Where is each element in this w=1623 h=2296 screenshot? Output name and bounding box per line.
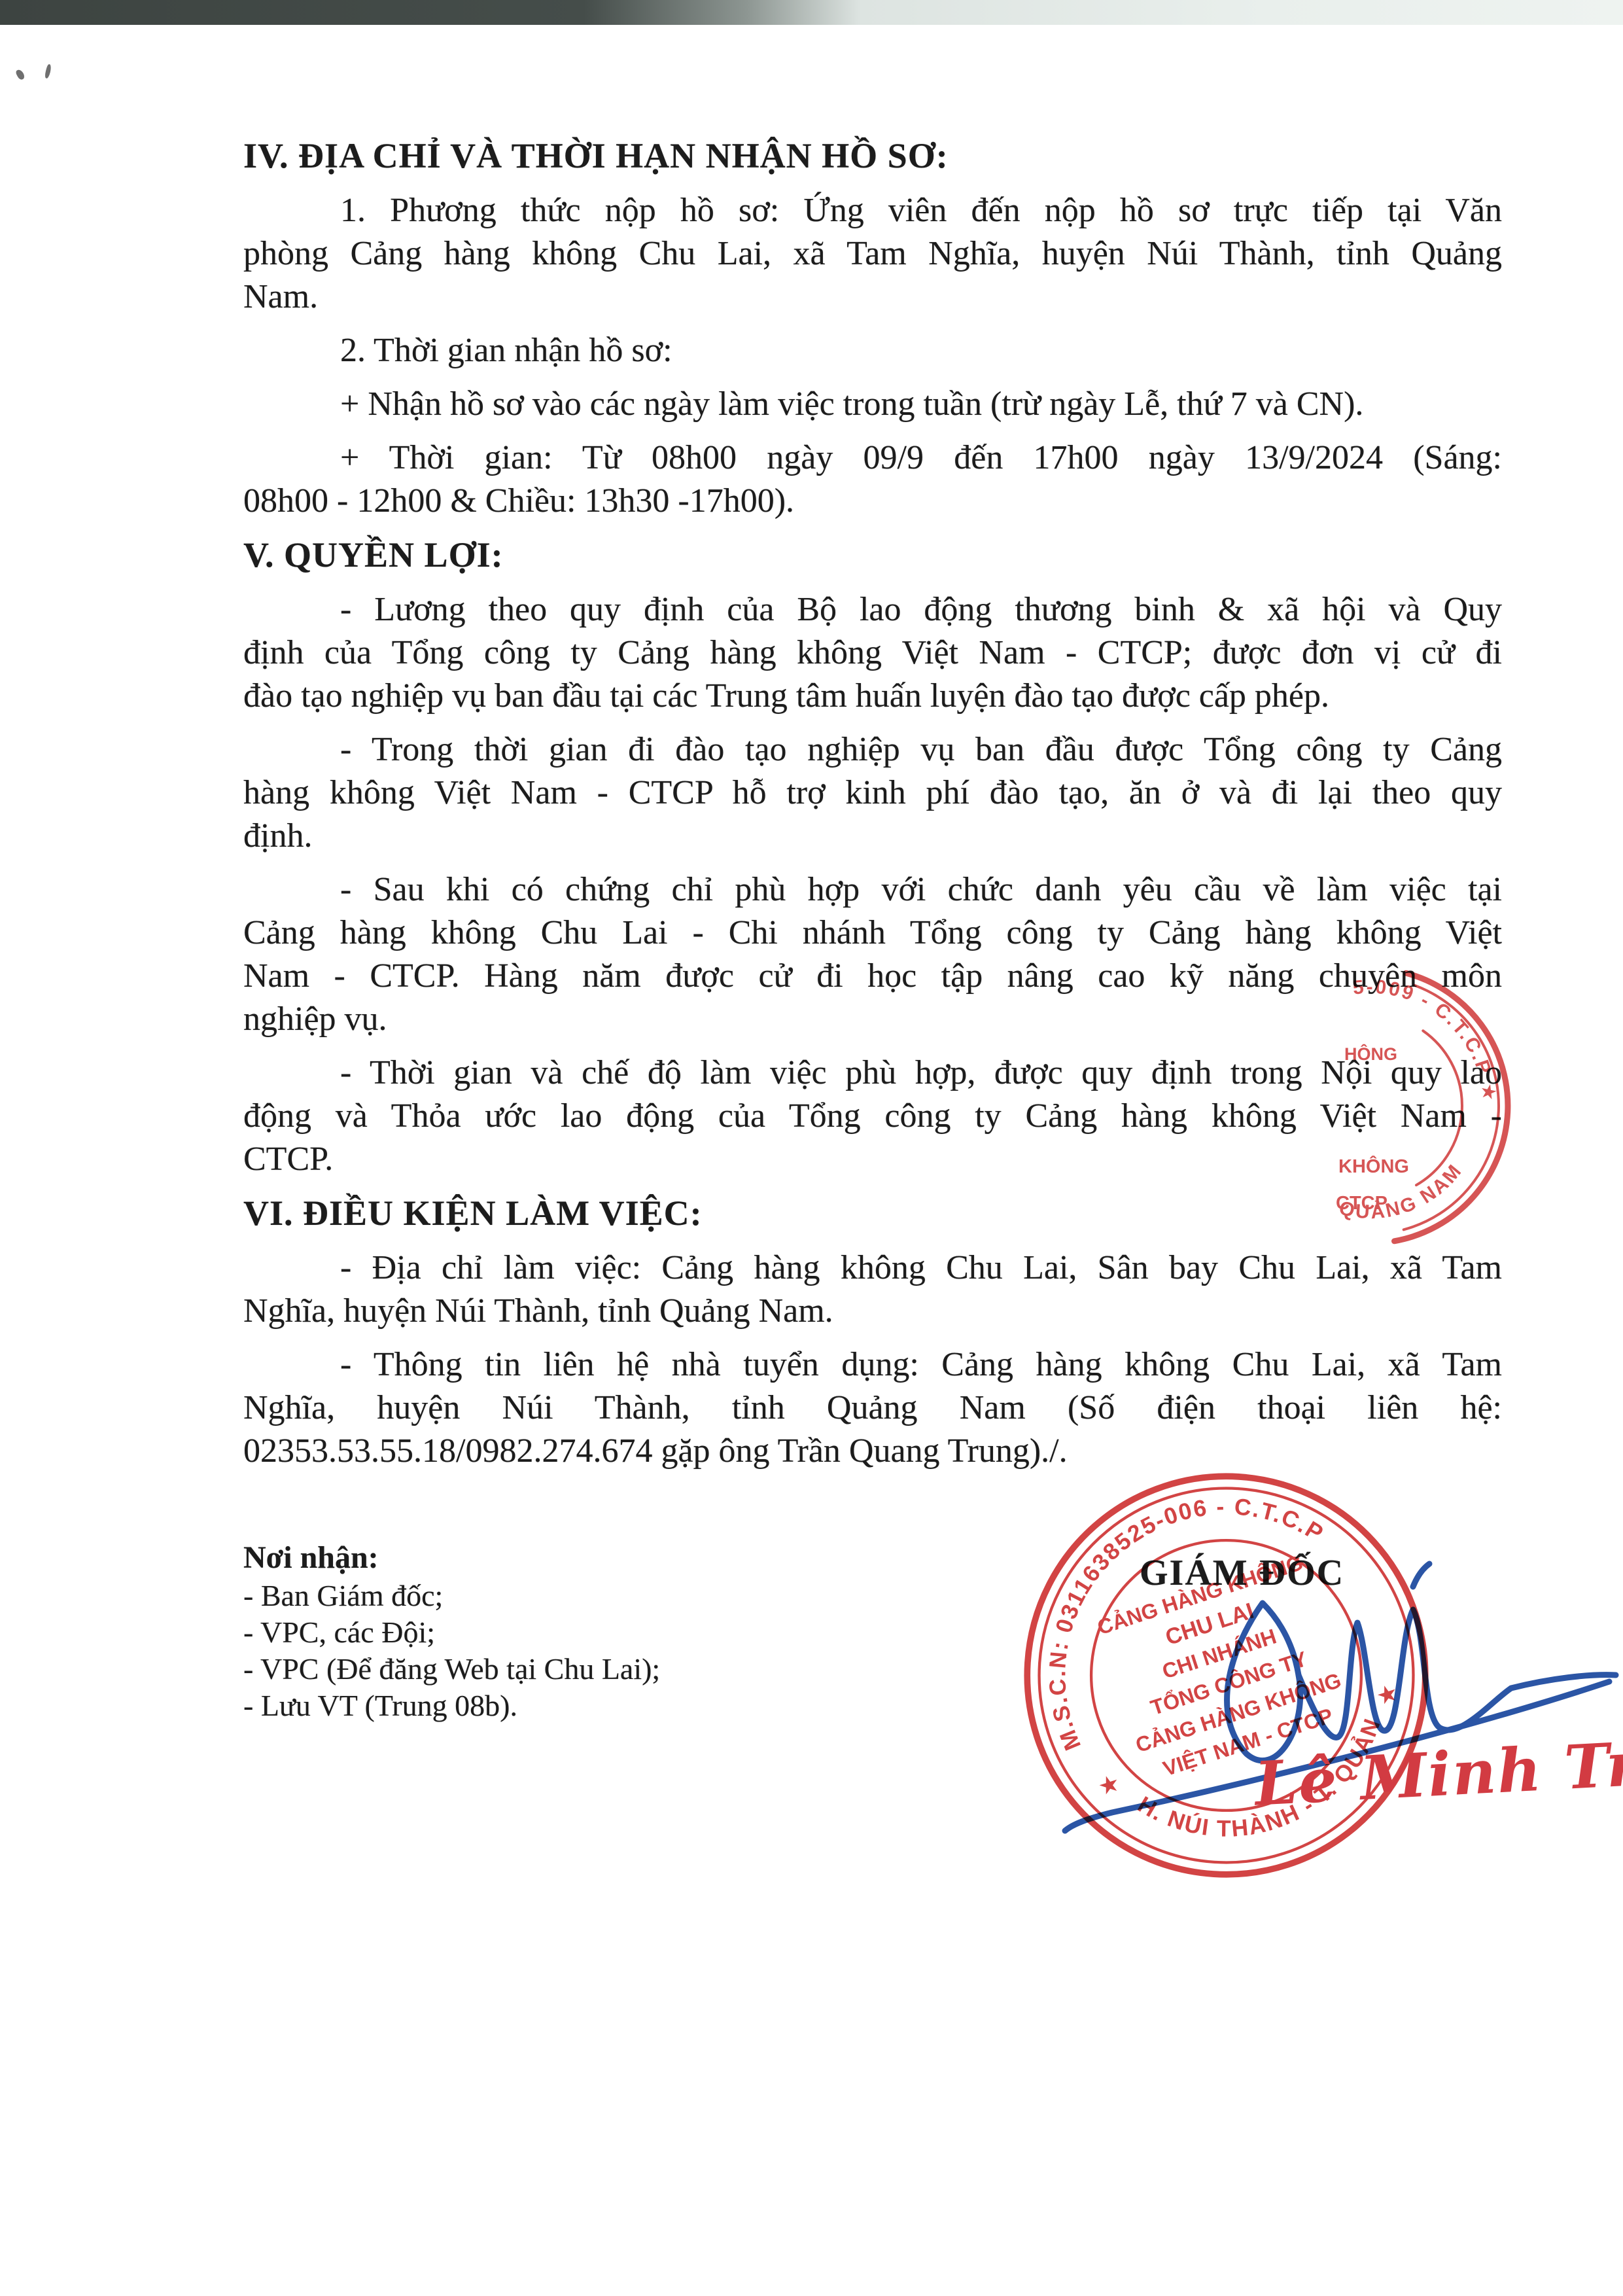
paragraph: + Nhận hồ sơ vào các ngày làm việc trong… — [243, 383, 1502, 426]
text-line: 2. Thời gian nhận hồ sơ: — [243, 329, 1502, 372]
section-heading: VI. ĐIỀU KIỆN LÀM VIỆC: — [243, 1192, 1502, 1235]
paragraph: + Thời gian: Từ 08h00 ngày 09/9 đến 17h0… — [243, 436, 1502, 523]
section-heading: IV. ĐỊA CHỈ VÀ THỜI HẠN NHẬN HỒ SƠ: — [243, 134, 1502, 177]
text-line: - Thời gian và chế độ làm việc phù hợp, … — [243, 1051, 1502, 1095]
seal-fragment: HÔNG — [1344, 1044, 1397, 1064]
text-line: 08h00 - 12h00 & Chiều: 13h30 -17h00). — [243, 480, 1502, 523]
text-line: động và Thỏa ước lao động của Tổng công … — [243, 1095, 1502, 1138]
text-line: CTCP. — [243, 1138, 1502, 1181]
text-line: Nam - CTCP. Hàng năm được cử đi học tập … — [243, 955, 1502, 998]
partial-seal-fragments: HÔNG KHÔNG CTCP — [1336, 1044, 1409, 1214]
paragraph: - Thời gian và chế độ làm việc phù hợp, … — [243, 1051, 1502, 1181]
text-line: - Thông tin liên hệ nhà tuyển dụng: Cảng… — [243, 1343, 1502, 1386]
text-line: + Thời gian: Từ 08h00 ngày 09/9 đến 17h0… — [243, 436, 1502, 480]
text-line: định của Tổng công ty Cảng hàng không Vi… — [243, 631, 1502, 675]
text-line: + Nhận hồ sơ vào các ngày làm việc trong… — [243, 383, 1502, 426]
paragraph: - Sau khi có chứng chỉ phù hợp với chức … — [243, 868, 1502, 1041]
text-line: định. — [243, 815, 1502, 858]
text-line: - Địa chỉ làm việc: Cảng hàng không Chu … — [243, 1246, 1502, 1290]
text-line: hàng không Việt Nam - CTCP hỗ trợ kinh p… — [243, 771, 1502, 815]
scanner-edge-band — [0, 0, 1623, 25]
text-line: - Lương theo quy định của Bộ lao động th… — [243, 588, 1502, 631]
paragraph: - Trong thời gian đi đào tạo nghiệp vụ b… — [243, 728, 1502, 858]
seal-fragment: KHÔNG — [1338, 1155, 1409, 1177]
svg-text:5-009 - C.T.C.P ★: 5-009 - C.T.C.P ★ — [1352, 976, 1500, 1104]
paragraph: 2. Thời gian nhận hồ sơ: — [243, 329, 1502, 372]
scan-speck — [44, 63, 52, 79]
text-line: Cảng hàng không Chu Lai - Chi nhánh Tổng… — [243, 911, 1502, 955]
text-line: nghiệp vụ. — [243, 998, 1502, 1041]
paragraph: - Địa chỉ làm việc: Cảng hàng không Chu … — [243, 1246, 1502, 1333]
text-line: Nghĩa, huyện Núi Thành, tỉnh Quảng Nam. — [243, 1290, 1502, 1333]
text-line: 1. Phương thức nộp hồ sơ: Ứng viên đến n… — [243, 189, 1502, 232]
scan-speck — [15, 69, 26, 81]
section-heading: V. QUYỀN LỢI: — [243, 533, 1502, 576]
text-line: đào tạo nghiệp vụ ban đầu tại các Trung … — [243, 675, 1502, 718]
paragraph: - Thông tin liên hệ nhà tuyển dụng: Cảng… — [243, 1343, 1502, 1473]
text-line: Nghĩa, huyện Núi Thành, tỉnh Quảng Nam (… — [243, 1386, 1502, 1430]
text-line: - Sau khi có chứng chỉ phù hợp với chức … — [243, 868, 1502, 911]
paragraph: - Lương theo quy định của Bộ lao động th… — [243, 588, 1502, 718]
text-line: phòng Cảng hàng không Chu Lai, xã Tam Ng… — [243, 232, 1502, 275]
partial-red-seal: 5-009 - C.T.C.P ★ QUẢNG NAM HÔNG KHÔNG C… — [1328, 962, 1623, 1302]
text-line: - Trong thời gian đi đào tạo nghiệp vụ b… — [243, 728, 1502, 771]
paragraph: 1. Phương thức nộp hồ sơ: Ứng viên đến n… — [243, 189, 1502, 319]
seal-fragment: CTCP — [1336, 1193, 1387, 1214]
scanned-document-page: IV. ĐỊA CHỈ VÀ THỜI HẠN NHẬN HỒ SƠ:1. Ph… — [0, 0, 1623, 2296]
text-line: Nam. — [243, 275, 1502, 319]
partial-seal-ring-text: 5-009 - C.T.C.P ★ — [1352, 976, 1500, 1104]
